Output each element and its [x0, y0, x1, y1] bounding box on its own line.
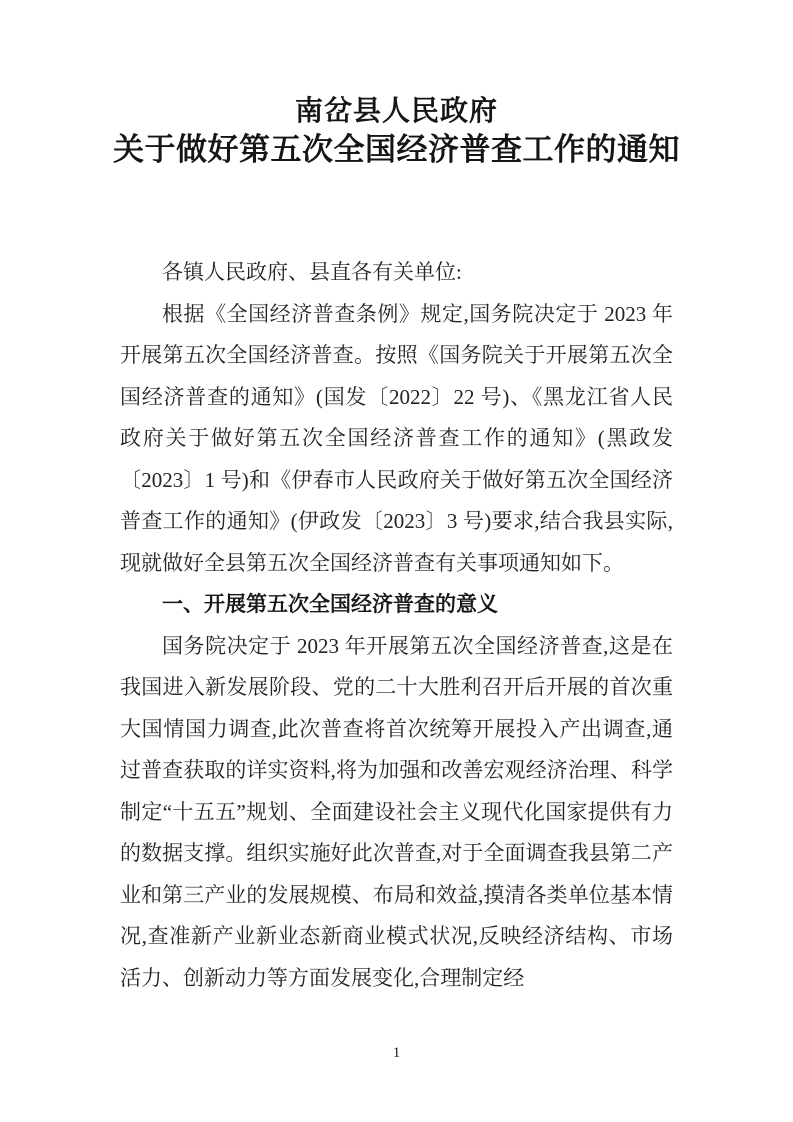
section-1-heading: 一、开展第五次全国经济普查的意义: [120, 584, 673, 626]
intro-paragraph: 根据《全国经济普查条例》规定,国务院决定于 2023 年开展第五次全国经济普查。…: [120, 294, 673, 585]
salutation-line: 各镇人民政府、县直各有关单位:: [120, 252, 673, 294]
document-page: 南岔县人民政府 关于做好第五次全国经济普查工作的通知 各镇人民政府、县直各有关单…: [0, 0, 793, 1122]
section-1-paragraph: 国务院决定于 2023 年开展第五次全国经济普查,这是在我国进入新发展阶段、党的…: [120, 626, 673, 1000]
document-title-line-1: 南岔县人民政府: [0, 92, 793, 130]
document-title-line-2: 关于做好第五次全国经济普查工作的通知: [0, 130, 793, 170]
document-title: 南岔县人民政府 关于做好第五次全国经济普查工作的通知: [0, 0, 793, 170]
document-body: 各镇人民政府、县直各有关单位: 根据《全国经济普查条例》规定,国务院决定于 20…: [120, 252, 673, 999]
page-number: 1: [0, 1045, 793, 1062]
